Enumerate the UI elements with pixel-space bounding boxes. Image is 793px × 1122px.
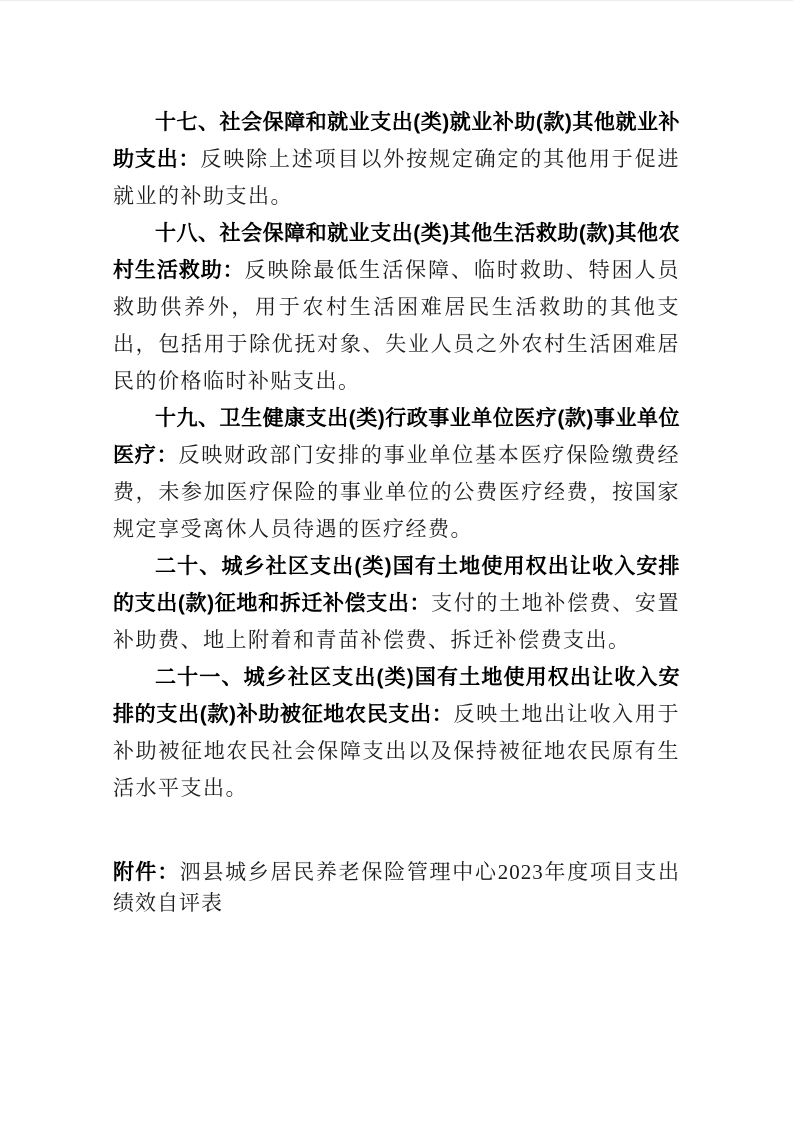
paragraph-clause-18: 十八、社会保障和就业支出(类)其他生活救助(款)其他农村生活救助：反映除最低生活…: [113, 215, 680, 400]
paragraph-clause-17: 十七、社会保障和就业支出(类)就业补助(款)其他就业补助支出：反映除上述项目以外…: [113, 104, 680, 215]
page-top-edge: [0, 0, 793, 1]
document-page: 十七、社会保障和就业支出(类)就业补助(款)其他就业补助支出：反映除上述项目以外…: [113, 104, 680, 918]
clause-19-body: 反映财政部门安排的事业单位基本医疗保险缴费经费，未参加医疗保险的事业单位的公费医…: [113, 443, 680, 541]
paragraph-clause-20: 二十、城乡社区支出(类)国有土地使用权出让收入安排的支出(款)征地和拆迁补偿支出…: [113, 548, 680, 659]
attachment-note: 附件：泗县城乡居民养老保险管理中心2023年度项目支出绩效自评表: [113, 857, 680, 918]
paragraph-clause-21: 二十一、城乡社区支出(类)国有土地使用权出让收入安排的支出(款)补助被征地农民支…: [113, 659, 680, 807]
attachment-label: 附件：: [113, 861, 180, 884]
paragraph-clause-19: 十九、卫生健康支出(类)行政事业单位医疗(款)事业单位医疗：反映财政部门安排的事…: [113, 400, 680, 548]
attachment-text: 泗县城乡居民养老保险管理中心2023年度项目支出绩效自评表: [113, 860, 680, 915]
